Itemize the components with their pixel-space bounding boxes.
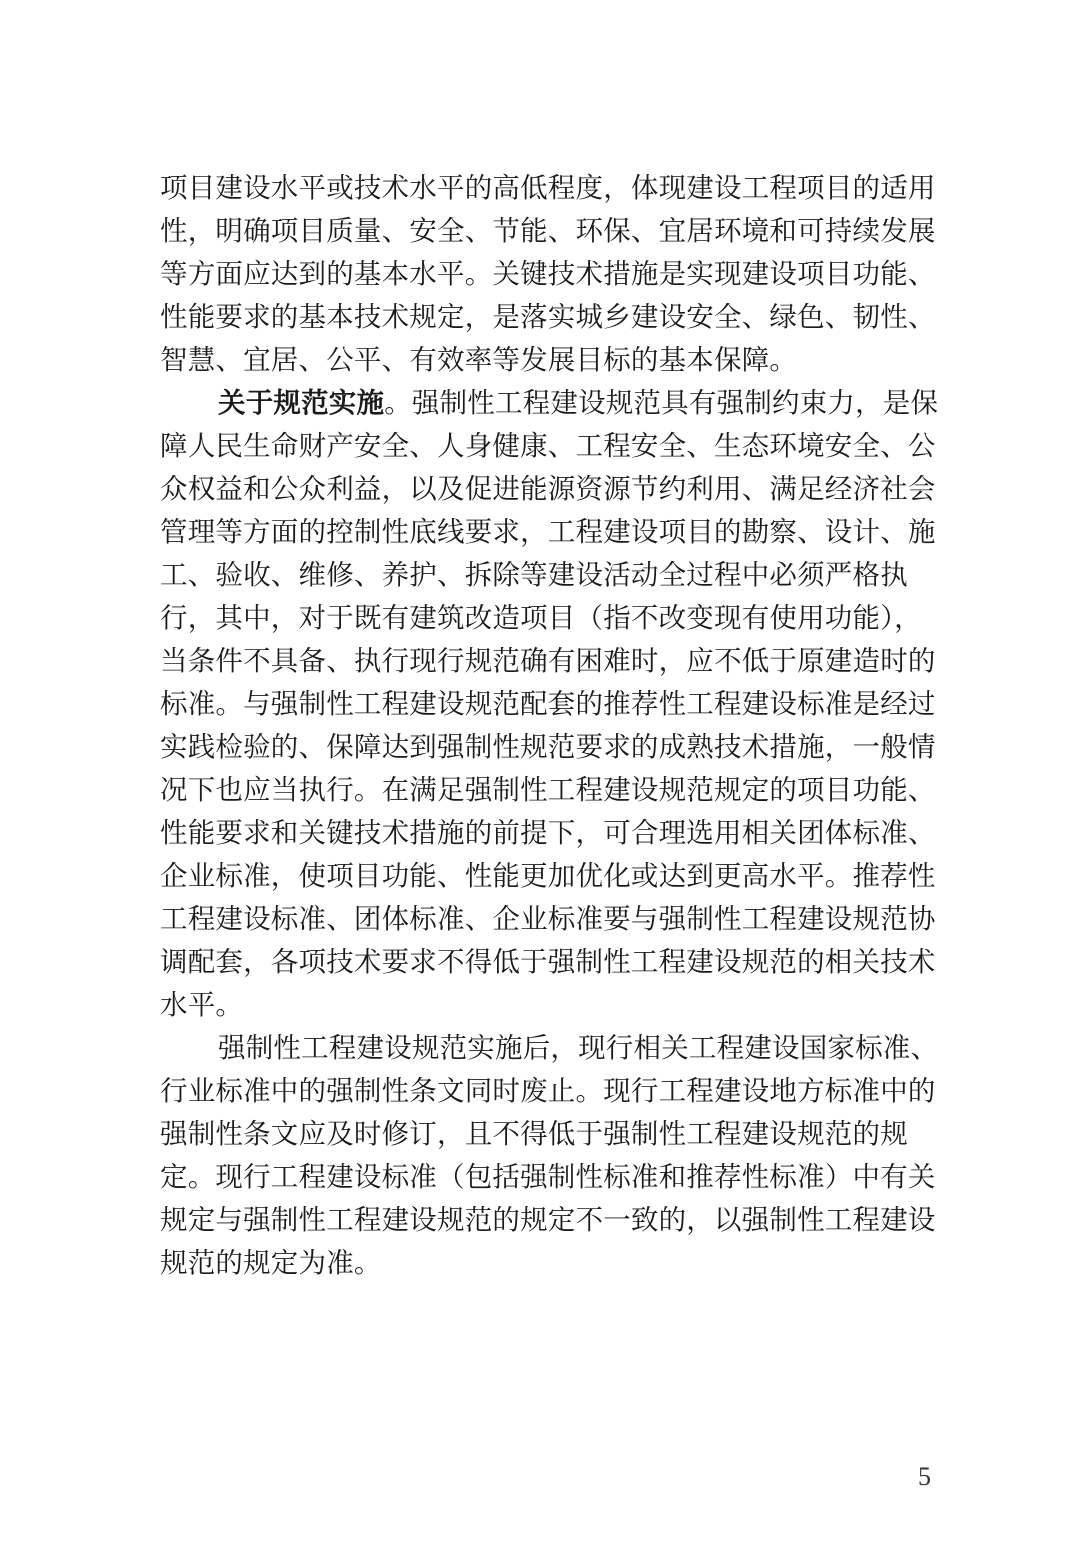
text-line: 项目建设水平或技术水平的高低程度，体现建设工程项目的适用 [160, 167, 960, 210]
paragraph-1: 项目建设水平或技术水平的高低程度，体现建设工程项目的适用 性，明确项目质量、安全… [160, 167, 960, 382]
text-line: 标准。与强制性工程建设规范配套的推荐性工程建设标准是经过 [160, 683, 960, 726]
text-line: 规范的规定为准。 [160, 1242, 960, 1285]
page-number: 5 [918, 1462, 931, 1492]
text-line: 当条件不具备、执行现行规范确有困难时，应不低于原建造时的 [160, 640, 960, 683]
text-line: 性能要求和关键技术措施的前提下，可合理选用相关团体标准、 [160, 812, 960, 855]
text-line: 性能要求的基本技术规定，是落实城乡建设安全、绿色、韧性、 [160, 296, 960, 339]
text-line: 规定与强制性工程建设规范的规定不一致的，以强制性工程建设 [160, 1199, 960, 1242]
text-line: 障人民生命财产安全、人身健康、工程安全、生态环境安全、公 [160, 425, 960, 468]
text-line: 智慧、宜居、公平、有效率等发展目标的基本保障。 [160, 339, 960, 382]
text-line: 行，其中，对于既有建筑改造项目（指不改变现有使用功能）， [160, 597, 960, 640]
text-line: 水平。 [160, 984, 960, 1027]
text-line: 企业标准，使项目功能、性能更加优化或达到更高水平。推荐性 [160, 855, 960, 898]
text-line: 关于规范实施。强制性工程建设规范具有强制约束力，是保 [160, 382, 960, 425]
document-page: 项目建设水平或技术水平的高低程度，体现建设工程项目的适用 性，明确项目质量、安全… [160, 167, 960, 1285]
section-heading: 关于规范实施 [218, 387, 384, 419]
text-line: 等方面应达到的基本水平。关键技术措施是实现建设项目功能、 [160, 253, 960, 296]
text-line: 强制性条文应及时修订，且不得低于强制性工程建设规范的规 [160, 1113, 960, 1156]
text-line: 性，明确项目质量、安全、节能、环保、宜居环境和可持续发展 [160, 210, 960, 253]
paragraph-2: 关于规范实施。强制性工程建设规范具有强制约束力，是保 障人民生命财产安全、人身健… [160, 382, 960, 1027]
paragraph-3: 强制性工程建设规范实施后，现行相关工程建设国家标准、 行业标准中的强制性条文同时… [160, 1027, 960, 1285]
text-line: 众权益和公众利益，以及促进能源资源节约利用、满足经济社会 [160, 468, 960, 511]
text-line: 管理等方面的控制性底线要求，工程建设项目的勘察、设计、施 [160, 511, 960, 554]
text-line: 定。现行工程建设标准（包括强制性标准和推荐性标准）中有关 [160, 1156, 960, 1199]
text-line: 强制性工程建设规范实施后，现行相关工程建设国家标准、 [160, 1027, 960, 1070]
text-line: 行业标准中的强制性条文同时废止。现行工程建设地方标准中的 [160, 1070, 960, 1113]
text-line: 况下也应当执行。在满足强制性工程建设规范规定的项目功能、 [160, 769, 960, 812]
text-line: 实践检验的、保障达到强制性规范要求的成熟技术措施，一般情 [160, 726, 960, 769]
text-line: 工、验收、维修、养护、拆除等建设活动全过程中必须严格执 [160, 554, 960, 597]
text-line: 工程建设标准、团体标准、企业标准要与强制性工程建设规范协 [160, 898, 960, 941]
text-line: 调配套，各项技术要求不得低于强制性工程建设规范的相关技术 [160, 941, 960, 984]
text-run: 。强制性工程建设规范具有强制约束力，是保 [384, 387, 938, 419]
